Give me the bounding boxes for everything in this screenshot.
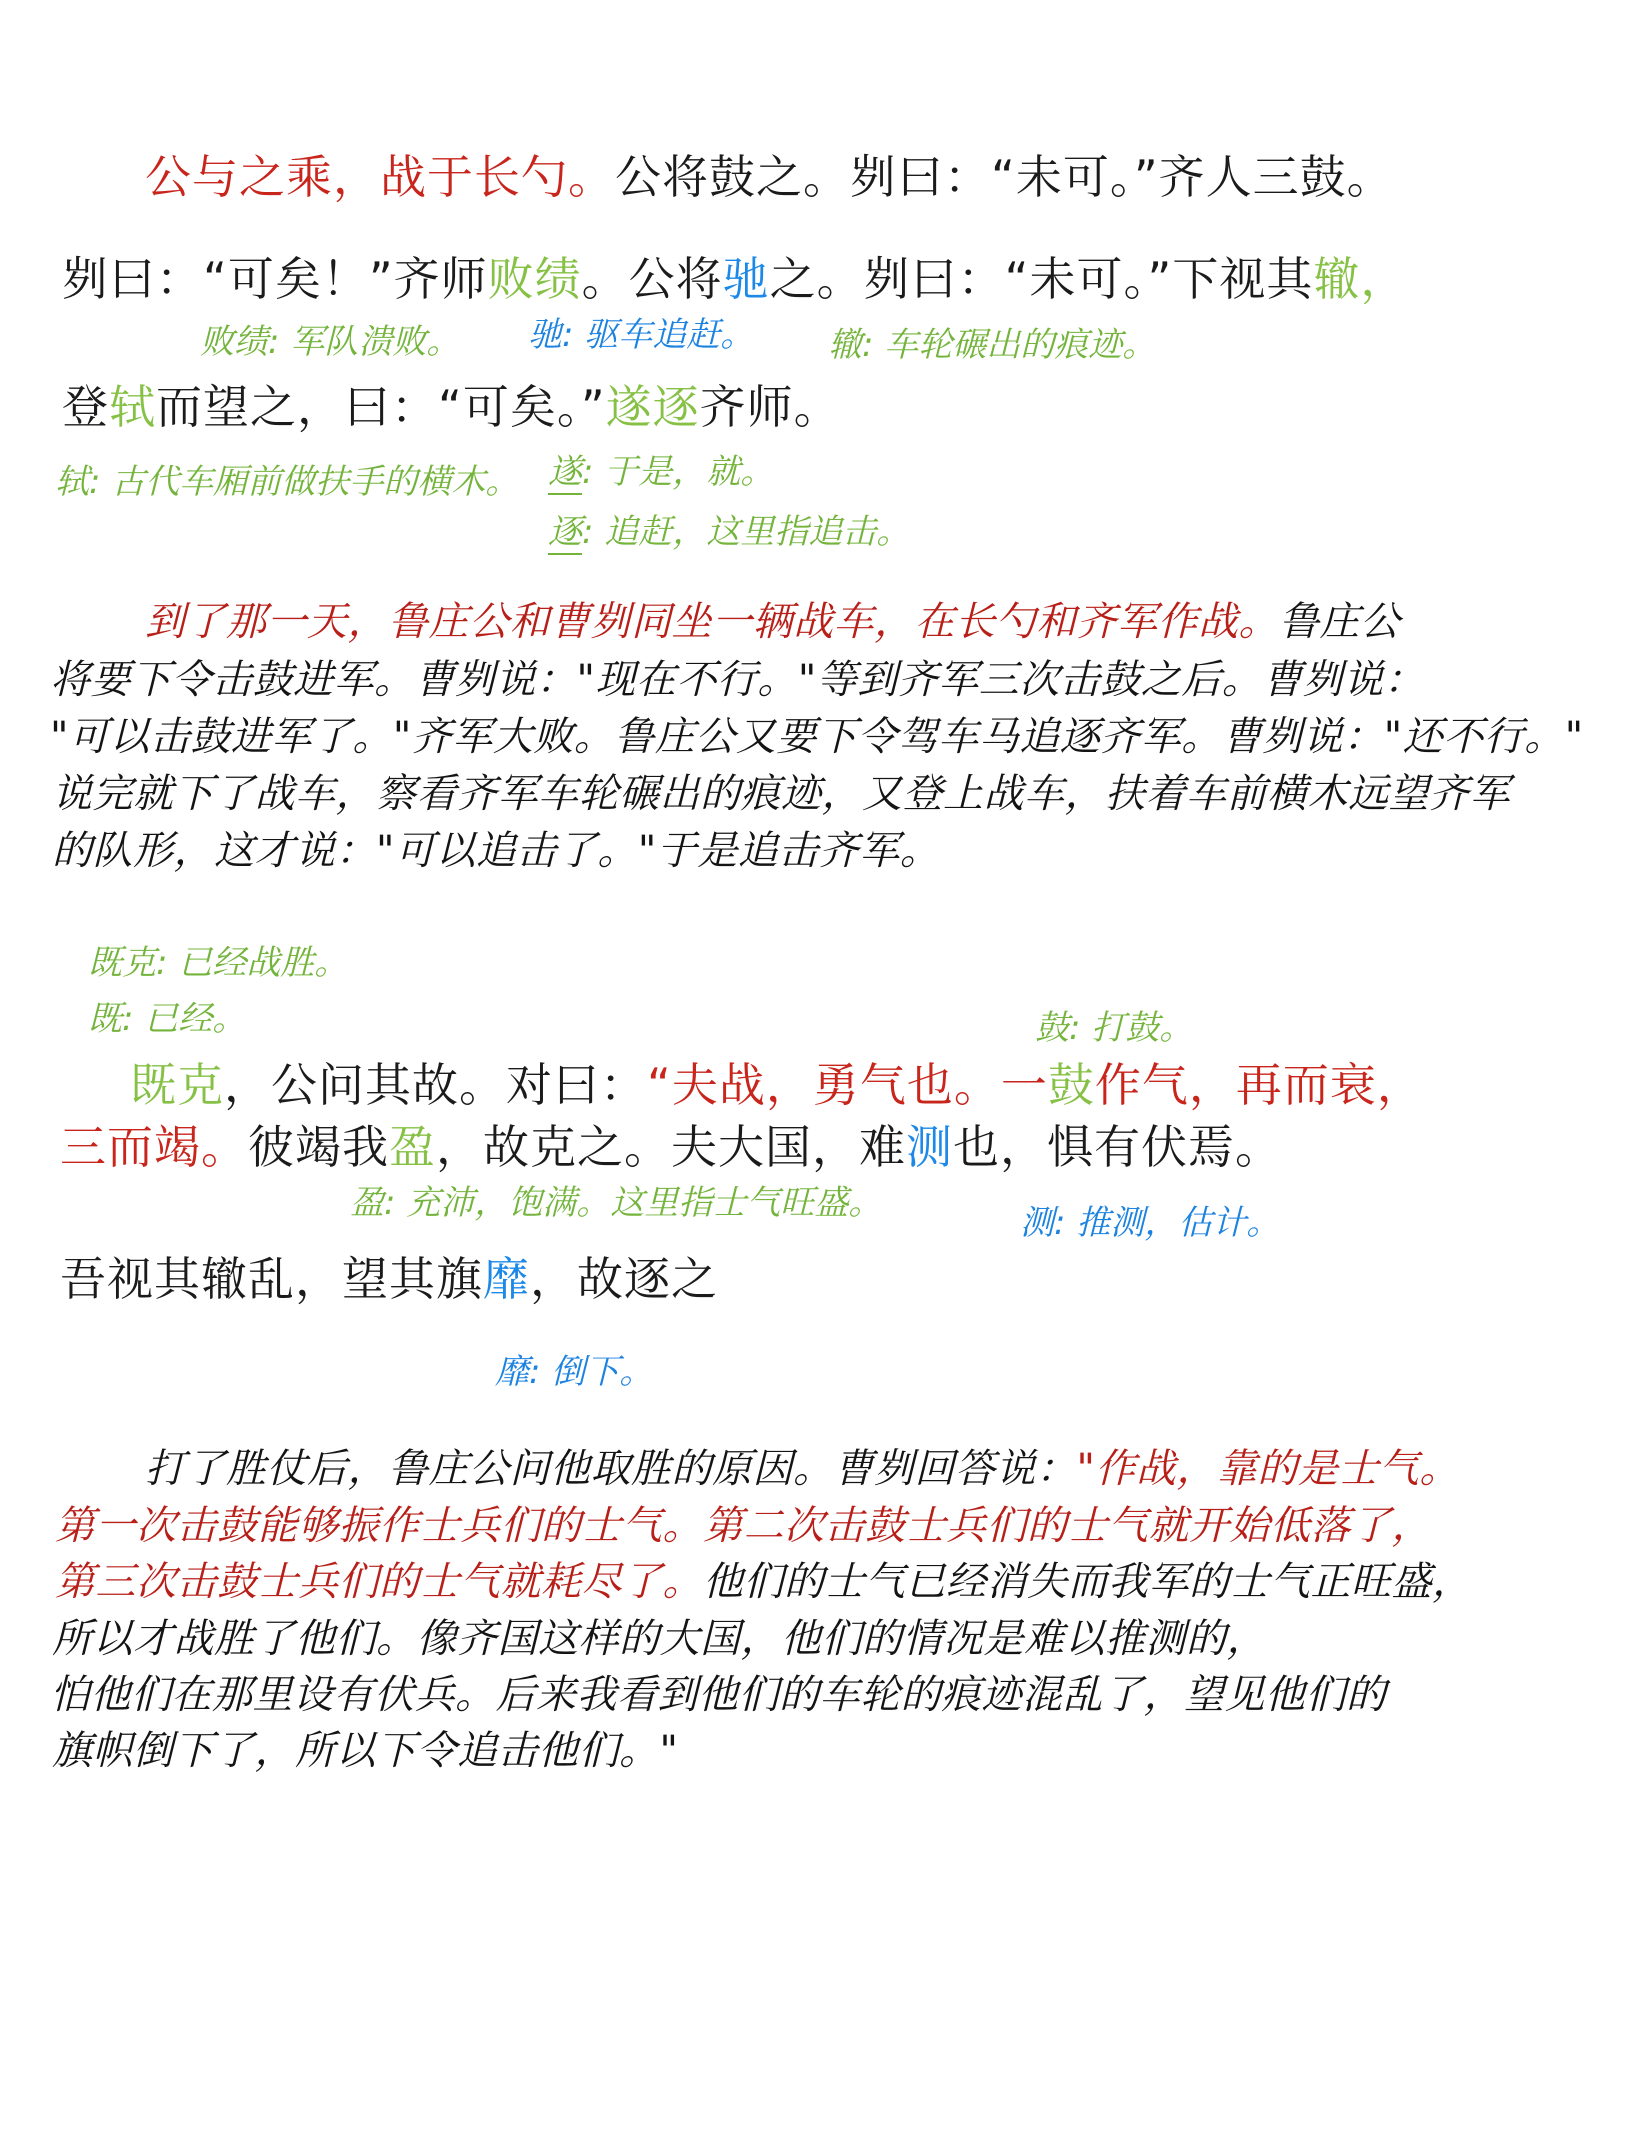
- classical2-line-3-a: 吾视其辙乱，望其旗: [60, 1252, 483, 1306]
- classical-line-1-black: 公将鼓之。刿曰：“未可。”齐人三鼓。: [615, 150, 1394, 204]
- translation1-line-1: 到了那一天，鲁庄公和曹刿同坐一辆战车，在长勺和齐军作战。鲁庄公: [145, 598, 1401, 646]
- translation2-line-3: 第三次击鼓士兵们的士气就耗尽了。他们的士气已经消失而我军的士气正旺盛，: [55, 1558, 1473, 1606]
- gloss-jike: 既克: 已经战胜。: [88, 943, 348, 984]
- term-jike: 既克: [130, 1058, 224, 1112]
- classical-line-2: 刿曰：“可矣！”齐师败绩。公将驰之。刿曰：“未可。”下视其辙，: [62, 252, 1407, 307]
- term-zhe: 辙，: [1313, 252, 1407, 306]
- gloss-zhe: 辙: 车轮碾出的痕迹。: [828, 325, 1156, 366]
- translation2-line-1-black: 打了胜仗后，鲁庄公问他取胜的原因。曹刿回答说：: [145, 1446, 1077, 1492]
- term-chi: 驰: [723, 252, 770, 306]
- translation1-line-5: 的队形，这才说："可以追击了。"于是追击齐军。: [52, 827, 940, 875]
- gloss-chi: 驰: 驱车追赶。: [528, 315, 754, 356]
- classical-line-2-c: 。公将: [582, 252, 723, 306]
- classical2-line-3: 吾视其辙乱，望其旗靡，故逐之: [60, 1252, 718, 1307]
- classical2-line-1: 既克，公问其故。对曰：“夫战，勇气也。一鼓作气，再而衰，: [130, 1058, 1424, 1113]
- term-mi: 靡: [483, 1252, 530, 1306]
- translation2-line-1-red: "作战，靠的是士气。: [1077, 1446, 1460, 1492]
- classical-line-1-red: 公与之乘，战于长勺。: [145, 150, 615, 204]
- translation2-line-3-black: 他们的士气已经消失而我军的士气正旺盛，: [703, 1559, 1473, 1605]
- gloss-zhu: 逐: 追赶，这里指追击。: [548, 512, 910, 553]
- translation2-line-4: 所以才战胜了他们。像齐国这样的大国，他们的情况是难以推测的，: [52, 1615, 1267, 1663]
- classical2-line-1-b: ，公问其故。对曰：: [224, 1058, 647, 1112]
- term-ying: 盈: [389, 1120, 436, 1174]
- translation2-line-3-red: 第三次击鼓士兵们的士气就耗尽了。: [55, 1559, 703, 1605]
- term-gu: 鼓: [1048, 1058, 1095, 1112]
- term-baiji: 败绩: [488, 252, 582, 306]
- translation2-line-6: 旗帜倒下了，所以下令追击他们。": [52, 1727, 678, 1775]
- classical2-line-1-e: 作气，再而衰，: [1095, 1058, 1424, 1112]
- translation2-line-2: 第一次击鼓能够振作士兵们的士气。第二次击鼓士兵们的士气就开始低落了，: [55, 1502, 1432, 1550]
- classical-line-2-a: 刿曰：“可矣！”齐师: [62, 252, 488, 306]
- gloss-mi: 靡: 倒下。: [495, 1352, 653, 1393]
- gloss-sui: 遂: 于是，就。: [548, 452, 774, 493]
- gloss-ji: 既: 已经。: [88, 999, 246, 1040]
- term-shi: 轼: [109, 380, 156, 434]
- term-ce: 测: [906, 1120, 953, 1174]
- classical-line-1: 公与之乘，战于长勺。公将鼓之。刿曰：“未可。”齐人三鼓。: [145, 150, 1394, 205]
- classical2-line-2-a: 三而竭。: [60, 1120, 248, 1174]
- gloss-ying: 盈: 充沛，饱满。这里指士气旺盛。: [350, 1183, 882, 1224]
- translation2-line-5: 怕他们在那里设有伏兵。后来我看到他们的车轮的痕迹混乱了，望见他们的: [50, 1671, 1387, 1719]
- classical2-line-2: 三而竭。彼竭我盈，故克之。夫大国，难测也，惧有伏焉。: [60, 1120, 1282, 1175]
- gloss-sui-rest: : 于是，就。: [582, 452, 774, 492]
- translation1-line-1-red: 到了那一天，鲁庄公和曹刿同坐一辆战车，在长勺和齐军作战。: [145, 599, 1279, 645]
- gloss-shi: 轼: 古代车厢前做扶手的横木。: [55, 462, 519, 503]
- gloss-sui-head: 遂: [548, 452, 582, 495]
- gloss-zhu-head: 逐: [548, 512, 582, 555]
- classical2-line-3-c: ，故逐之: [530, 1252, 718, 1306]
- classical2-line-2-b: 彼竭我: [248, 1120, 389, 1174]
- translation1-line-1-black: 鲁庄公: [1279, 599, 1401, 645]
- classical-line-3-e: 齐师。: [700, 380, 841, 434]
- classical-line-3: 登轼而望之，曰：“可矣。”遂逐齐师。: [62, 380, 841, 435]
- classical2-line-2-d: ，故克之。夫大国，难: [436, 1120, 906, 1174]
- gloss-ce: 测: 推测，估计。: [1020, 1203, 1280, 1244]
- classical-line-2-e: 之。刿曰：“未可。”下视其: [770, 252, 1314, 306]
- classical2-line-1-c: “夫战，勇气也。一: [647, 1058, 1048, 1112]
- gloss-zhu-rest: : 追赶，这里指追击。: [582, 512, 910, 552]
- translation1-line-4: 说完就下了战车，察看齐军车轮碾出的痕迹，又登上战车，扶着车前横木远望齐军: [52, 770, 1510, 818]
- translation2-line-1: 打了胜仗后，鲁庄公问他取胜的原因。曹刿回答说："作战，靠的是士气。: [145, 1445, 1460, 1493]
- term-suizhu: 遂逐: [606, 380, 700, 434]
- classical-line-3-c: 而望之，曰：“可矣。”: [156, 380, 606, 434]
- translation1-line-3: "可以击鼓进军了。"齐军大败。鲁庄公又要下令驾车马追逐齐军。曹刿说："还不行。": [50, 713, 1584, 761]
- classical2-line-2-f: 也，惧有伏焉。: [953, 1120, 1282, 1174]
- annotated-document-page: 公与之乘，战于长勺。公将鼓之。刿曰：“未可。”齐人三鼓。 刿曰：“可矣！”齐师败…: [0, 0, 1638, 2141]
- translation1-line-2: 将要下令击鼓进军。曹刿说："现在不行。"等到齐军三次击鼓之后。曹刿说：: [50, 656, 1424, 704]
- gloss-baiji: 败绩: 军队溃败。: [200, 322, 460, 363]
- classical-line-3-a: 登: [62, 380, 109, 434]
- gloss-gu: 鼓: 打鼓。: [1035, 1008, 1193, 1049]
